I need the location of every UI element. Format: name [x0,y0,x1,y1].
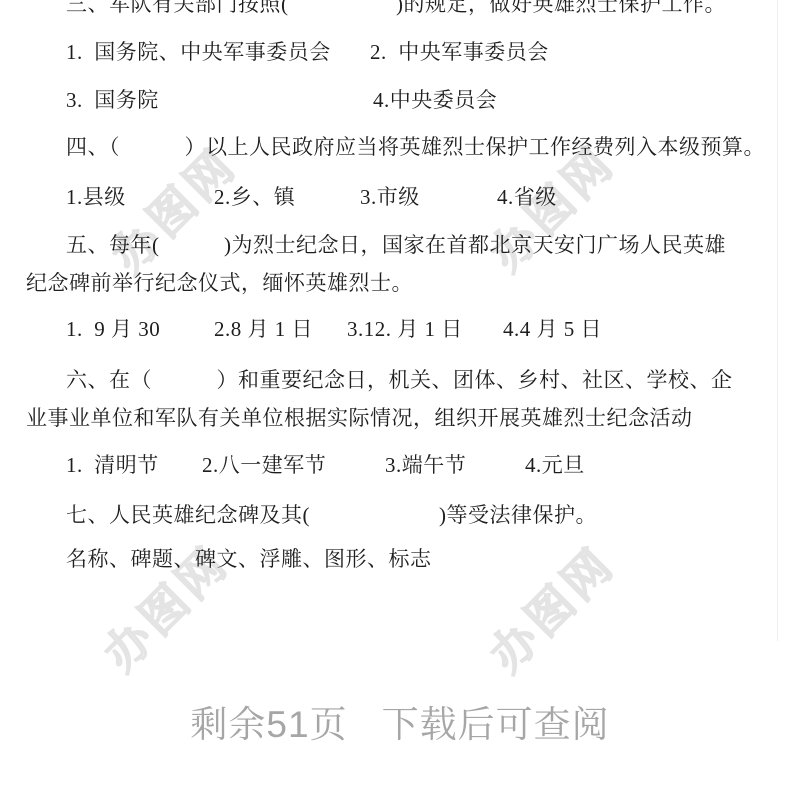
watermark-text: 办图网 [473,530,628,685]
q7-answer: 名称、碑题、碑文、浮雕、图形、标志 [66,547,432,571]
remaining-pages-label: 剩余51页 [190,704,347,746]
q4-options-opt-1: 1.县级 [66,185,126,209]
page-right-edge-line [777,0,778,641]
q6-options-opt-3: 3.端午节 [385,453,466,477]
download-hint-label: 下载后可查阅 [382,704,610,746]
q5-options-opt-1: 1. 9 月 30 [66,317,160,341]
q5-stem-line-2: 纪念碑前举行纪念仪式，缅怀英雄烈士。 [26,271,413,295]
page-footer: 剩余51页 下载后可查阅 [0,704,800,746]
q6-stem-line-1: 六、在（ ）和重要纪念日，机关、团体、乡村、社区、学校、企 [66,368,733,392]
q6-options-opt-2: 2.八一建军节 [202,453,326,477]
q3-options-row-2-opt-1: 3. 国务院 [66,88,159,112]
q6-options-opt-4: 4.元旦 [525,453,585,477]
q6-options-opt-1: 1. 清明节 [66,453,159,477]
q4-options-opt-2: 2.乡、镇 [214,185,295,209]
q5-stem-line-1: 五、每年( )为烈士纪念日，国家在首都北京天安门广场人民英雄 [66,233,726,257]
q7-stem: 七、人民英雄纪念碑及其( )等受法律保护。 [66,503,597,527]
document-page: 办图网办图网办图网办图网 三、军队有关部门按照( )的规定，做好英雄烈士保护工作… [0,0,800,806]
q3-options-row-1-opt-1: 1. 国务院、中央军事委员会 [66,40,331,64]
q3-options-row-1-opt-2: 2. 中央军事委员会 [370,40,549,64]
q4-stem: 四、（ ）以上人民政府应当将英雄烈士保护工作经费列入本级预算。 [66,135,765,159]
q4-options-opt-4: 4.省级 [497,185,557,209]
q3-stem: 三、军队有关部门按照( )的规定，做好英雄烈士保护工作。 [66,0,726,16]
q3-options-row-2-opt-2: 4.中央委员会 [373,88,497,112]
q5-options-opt-4: 4.4 月 5 日 [503,317,602,341]
q6-stem-line-2: 业事业单位和军队有关单位根据实际情况，组织开展英雄烈士纪念活动 [26,406,693,430]
q4-options-opt-3: 3.市级 [360,185,420,209]
q5-options-opt-2: 2.8 月 1 日 [214,317,313,341]
q5-options-opt-3: 3.12. 月 1 日 [347,317,463,341]
